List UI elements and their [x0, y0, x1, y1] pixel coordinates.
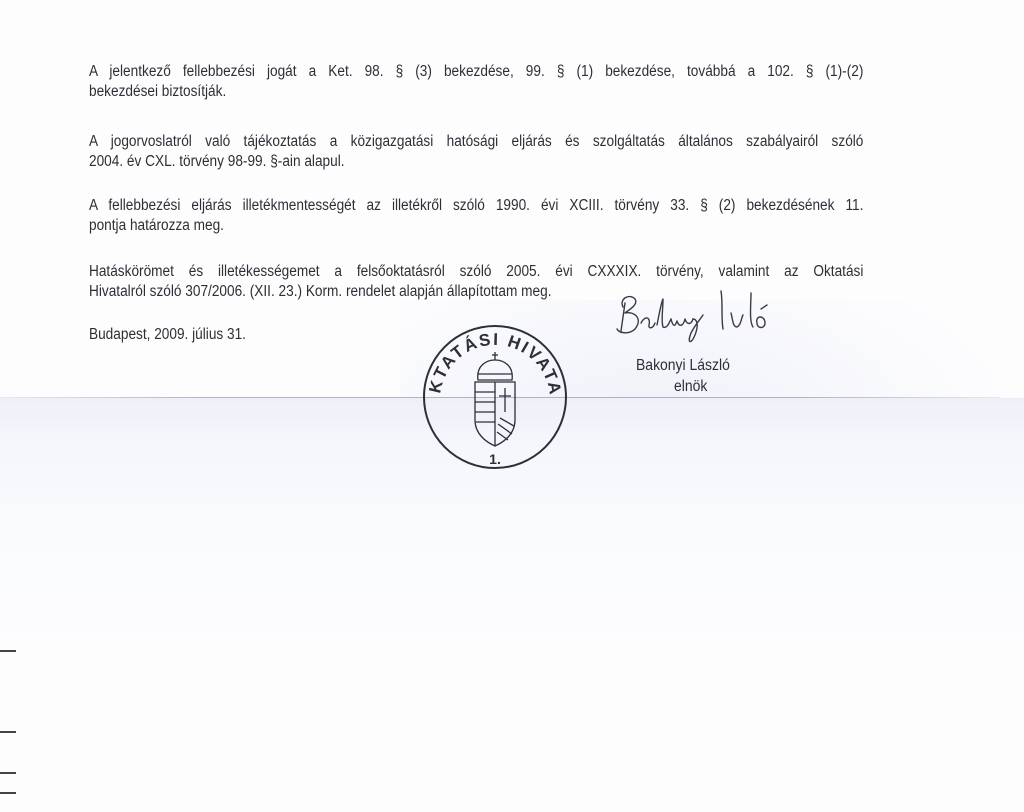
- paragraph-line: A jogorvoslatról való tájékoztatás a köz…: [89, 132, 863, 152]
- signature-icon: [605, 285, 795, 355]
- paragraph-line: pontja határozza meg.: [89, 217, 224, 234]
- official-stamp-icon: OKTATÁSI HIVATAL 1.: [420, 322, 570, 472]
- paragraph-legal-remedy: A jogorvoslatról való tájékoztatás a köz…: [89, 132, 775, 172]
- margin-tick-mark: [0, 731, 16, 733]
- stamp-number: 1.: [489, 451, 501, 467]
- margin-tick-mark: [0, 772, 16, 774]
- paragraph-appeal-rights: A jelentkező fellebbezési jogát a Ket. 9…: [89, 62, 775, 102]
- date-line: Budapest, 2009. július 31.: [89, 326, 246, 344]
- signer-name: Bakonyi László: [636, 357, 730, 375]
- paragraph-line: bekezdései biztosítják.: [89, 83, 226, 100]
- paragraph-line: Hatáskörömet és illetékességemet a felső…: [89, 262, 863, 282]
- paragraph-line: A fellebbezési eljárás illetékmentességé…: [89, 196, 863, 216]
- paragraph-line: 2004. év CXL. törvény 98-99. §-ain alapu…: [89, 153, 345, 170]
- paragraph-line: A jelentkező fellebbezési jogát a Ket. 9…: [89, 62, 863, 82]
- signer-title: elnök: [674, 378, 707, 396]
- margin-tick-mark: [0, 792, 16, 794]
- paragraph-fee-exemption: A fellebbezési eljárás illetékmentességé…: [89, 196, 775, 236]
- paragraph-line: Hivatalról szóló 307/2006. (XII. 23.) Ko…: [89, 283, 551, 300]
- margin-tick-mark: [0, 650, 16, 652]
